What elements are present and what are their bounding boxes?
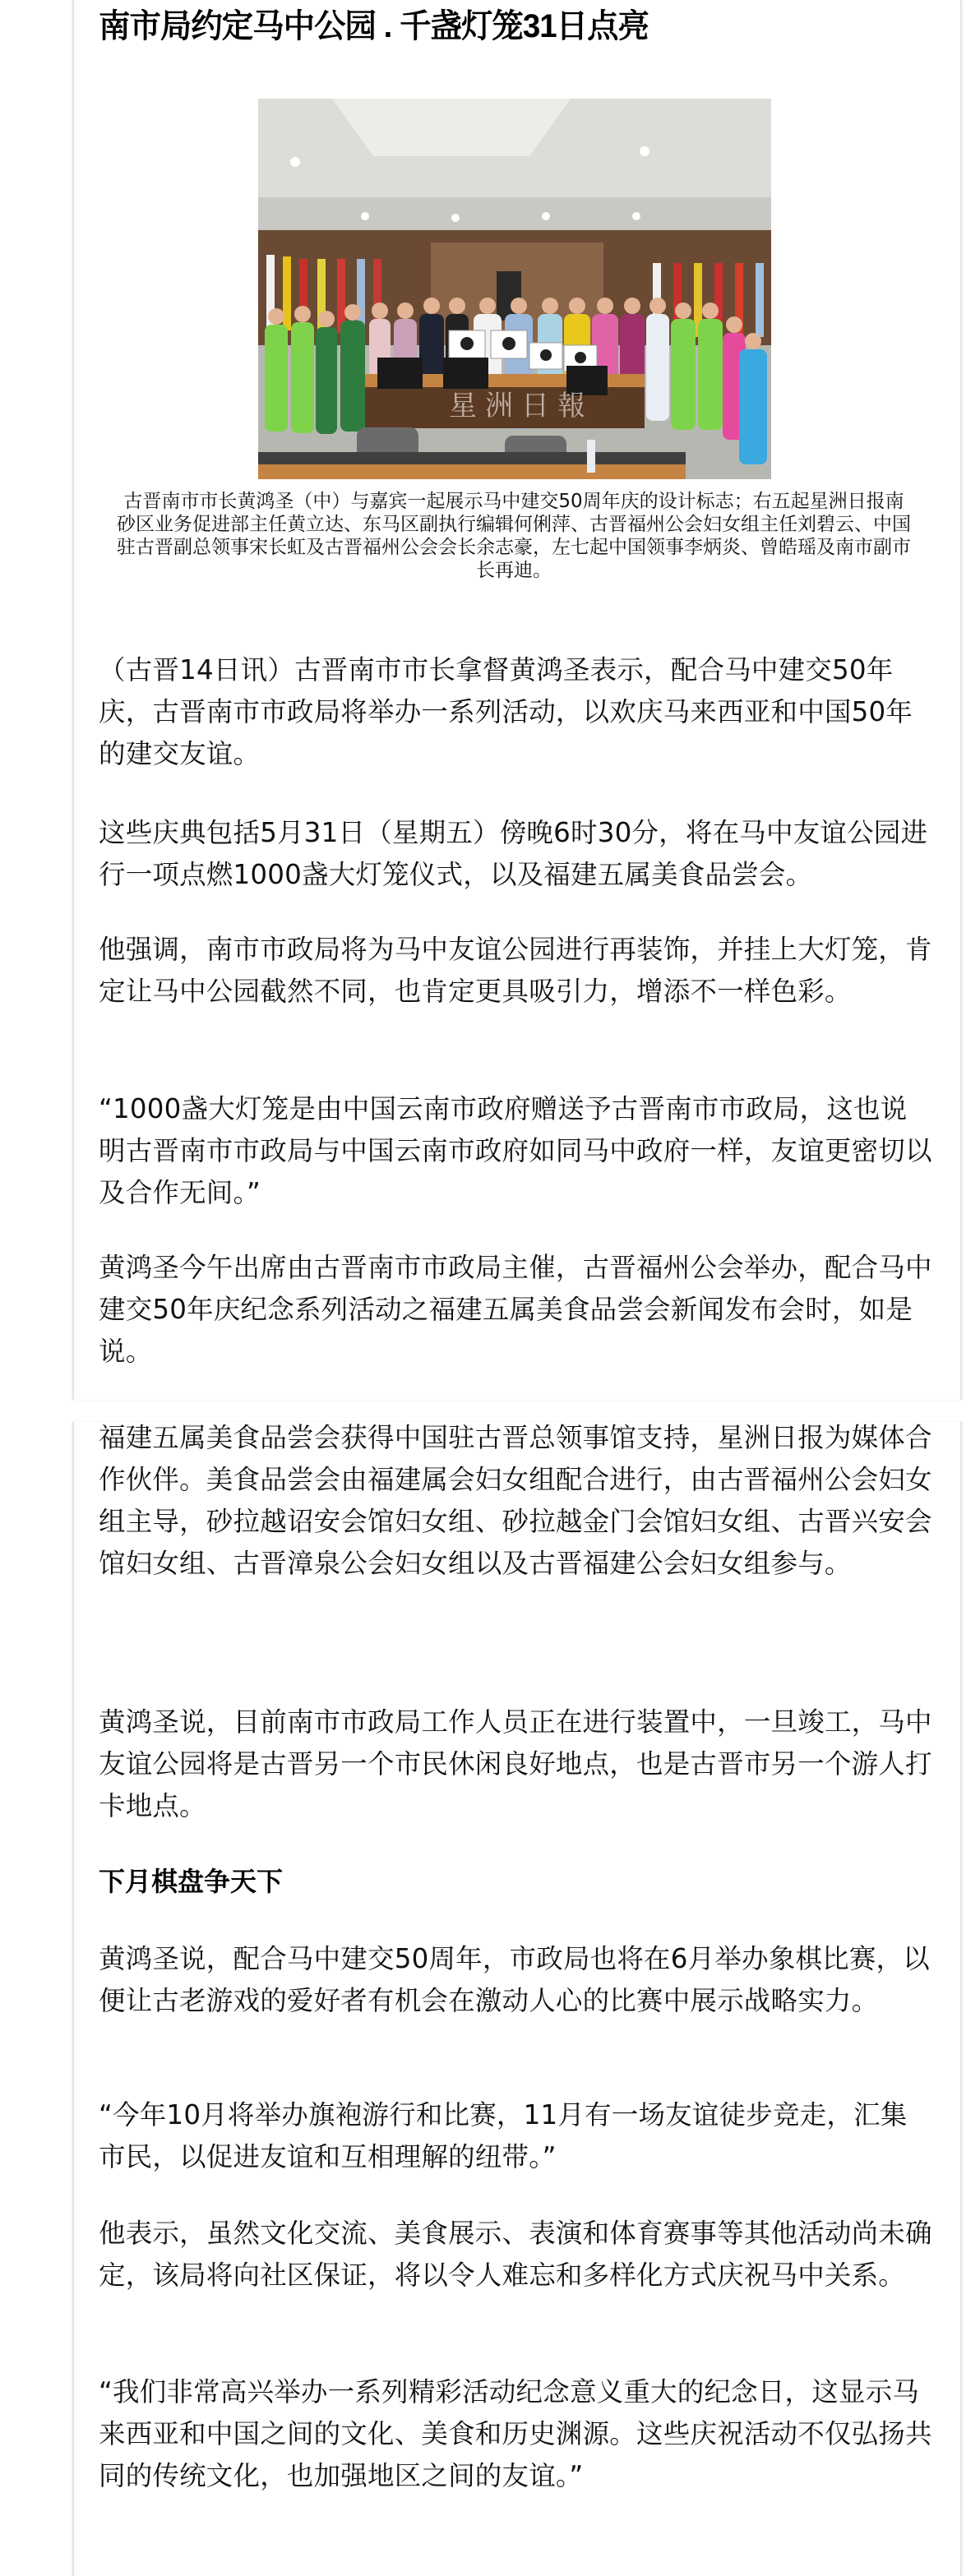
paragraph-8: 黄鸿圣说，配合马中建交50周年，市政局也将在6月举办象棋比赛，以便让古老游戏的爱… — [99, 1938, 932, 2022]
section-subheading: 下月棋盘争天下 — [99, 1863, 283, 1900]
article-photo[interactable]: 星洲日報 — [258, 99, 771, 479]
paragraph-6: 福建五属美食品尝会获得中国驻古晋总领事馆支持，星洲日报为媒体合作伙伴。美食品尝会… — [99, 1417, 932, 1585]
group-photo-illustration: 星洲日報 — [258, 99, 771, 479]
photo-caption: 古晋南市市长黄鸿圣（中）与嘉宾一起展示马中建交50周年庆的设计标志；右五起星洲日… — [115, 490, 913, 582]
article-card-bottom: 福建五属美食品尝会获得中国驻古晋总领事馆支持，星洲日报为媒体合作伙伴。美食品尝会… — [72, 1422, 962, 2576]
paragraph-9: “今年10月将举办旗袍游行和比赛，11月有一场友谊徒步竞走，汇集市民，以促进友谊… — [99, 2094, 932, 2178]
article-card-top: 南市局约定马中公园 . 千盏灯笼31日点亮 — [72, 0, 962, 1400]
paragraph-4: “1000盏大灯笼是由中国云南市政府赠送予古晋南市市政局，这也说明古晋南市市政局… — [99, 1088, 932, 1214]
paragraph-7: 黄鸿圣说，目前南市市政局工作人员正在进行装置中，一旦竣工，马中友谊公园将是古晋另… — [99, 1701, 932, 1827]
svg-text:星洲日報: 星洲日報 — [449, 390, 594, 422]
article-title: 南市局约定马中公园 . 千盏灯笼31日点亮 — [99, 3, 649, 49]
paragraph-5: 黄鸿圣今午出席由古晋南市市政局主催，古晋福州公会举办，配合马中建交50年庆纪念系… — [99, 1247, 932, 1373]
paragraph-1: （古晋14日讯）古晋南市市长拿督黄鸿圣表示，配合马中建交50年庆，古晋南市市政局… — [99, 649, 932, 775]
paragraph-10: 他表示，虽然文化交流、美食展示、表演和体育赛事等其他活动尚未确定，该局将向社区保… — [99, 2213, 932, 2297]
paragraph-3: 他强调，南市市政局将为马中友谊公园进行再装饰，并挂上大灯笼，肯定让马中公园截然不… — [99, 929, 932, 1013]
paragraph-2: 这些庆典包括5月31日（星期五）傍晚6时30分，将在马中友谊公园进行一项点燃10… — [99, 812, 932, 896]
paragraph-11: “我们非常高兴举办一系列精彩活动纪念意义重大的纪念日，这显示马来西亚和中国之间的… — [99, 2371, 932, 2497]
